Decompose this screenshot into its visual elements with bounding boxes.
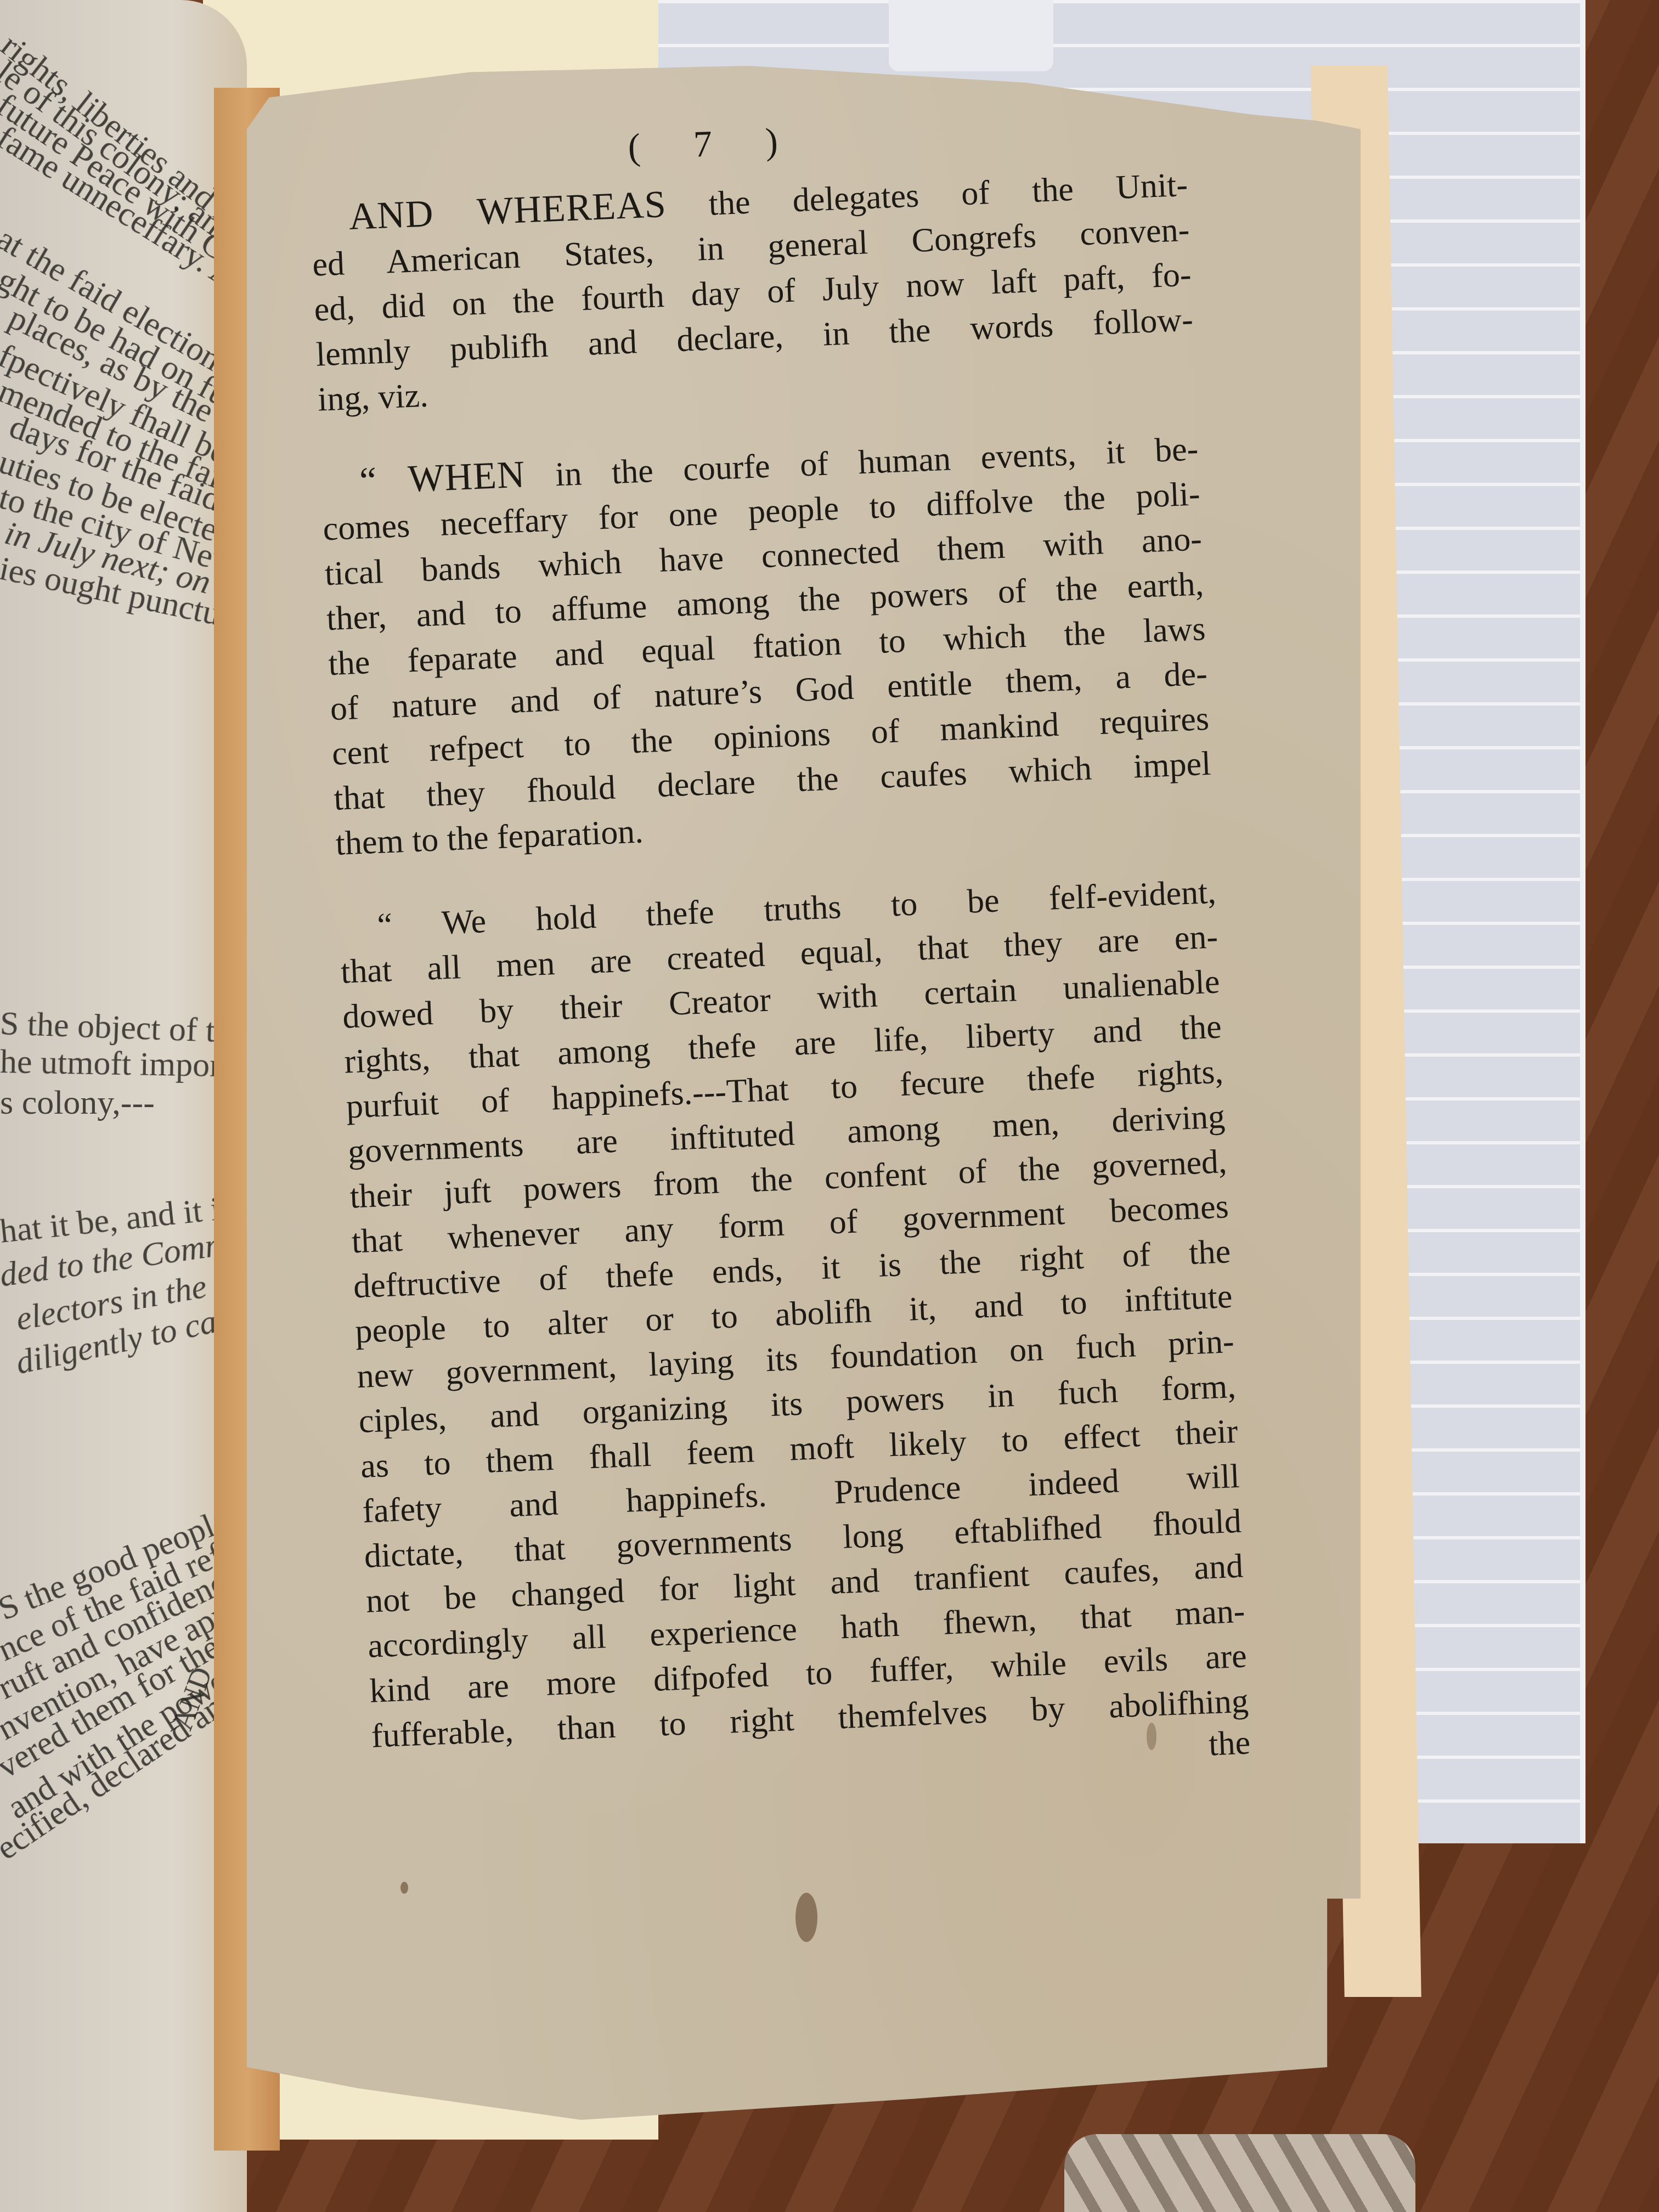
paper-stain bbox=[400, 1882, 408, 1894]
verso-page: rights, liberties and hap le of this col… bbox=[0, 0, 247, 2212]
paragraph-whereas: AND WHEREAS the delegates of the Unit- e… bbox=[309, 161, 1195, 422]
paragraph-we-hold: “ We hold thefe truths to be felf-eviden… bbox=[338, 870, 1251, 1801]
lead-caps: “ WHEN bbox=[359, 454, 526, 503]
paper-stain bbox=[795, 1893, 817, 1942]
sleeve-tab bbox=[889, 0, 1053, 71]
paragraph-when: “ WHEN in the courfe of human events, it… bbox=[320, 425, 1214, 866]
recto-text-block: ( 7 ) AND WHEREAS the delegates of the U… bbox=[307, 102, 1252, 1839]
lead-word: “ We bbox=[376, 902, 487, 944]
verso-line: he utmoft importance to bbox=[0, 1042, 247, 1087]
verso-line: s colony,--- bbox=[0, 1084, 155, 1122]
photo-scene: rights, liberties and hap le of this col… bbox=[0, 0, 1659, 2212]
braided-cord bbox=[1064, 2134, 1415, 2212]
